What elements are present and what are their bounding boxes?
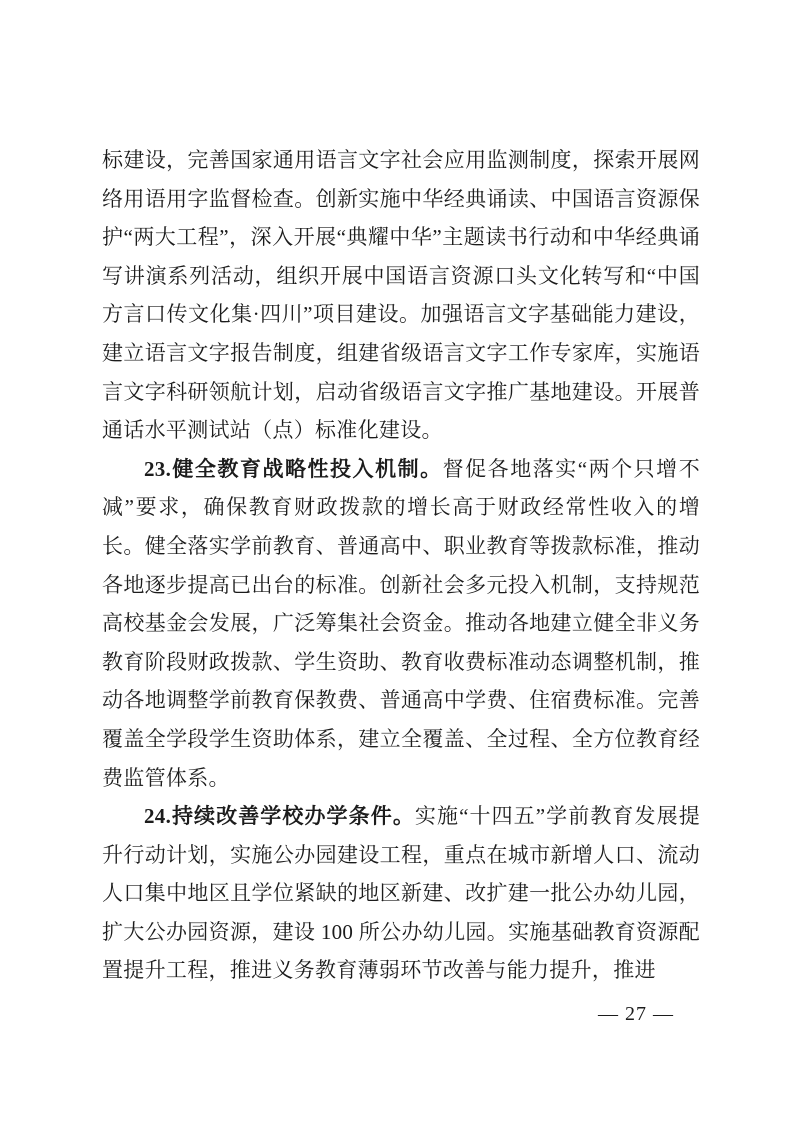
paragraph-item-23: 23.健全教育战略性投入机制。督促各地落实“两个只增不减”要求，确保教育财政拨款… <box>102 450 700 797</box>
paragraph-heading: 24.持续改善学校办学条件。 <box>144 804 415 828</box>
paragraph-text: 督促各地落实“两个只增不减”要求，确保教育财政拨款的增长高于财政经常性收入的增长… <box>102 457 700 790</box>
document-page: 标建设，完善国家通用语言文字社会应用监测制度，探索开展网络用语用字监督检查。创新… <box>0 0 793 1122</box>
paragraph-heading: 23.健全教育战略性投入机制。 <box>144 457 443 481</box>
paragraph-item-24: 24.持续改善学校办学条件。实施“十四五”学前教育发展提升行动计划，实施公办园建… <box>102 797 700 990</box>
paragraph-continuation: 标建设，完善国家通用语言文字社会应用监测制度，探索开展网络用语用字监督检查。创新… <box>102 141 700 450</box>
paragraph-text: 实施“十四五”学前教育发展提升行动计划，实施公办园建设工程，重点在城市新增人口、… <box>102 804 700 982</box>
paragraph-text: 标建设，完善国家通用语言文字社会应用监测制度，探索开展网络用语用字监督检查。创新… <box>102 148 700 442</box>
page-number: — 27 — <box>598 1000 674 1028</box>
document-text-block: 标建设，完善国家通用语言文字社会应用监测制度，探索开展网络用语用字监督检查。创新… <box>102 141 700 990</box>
